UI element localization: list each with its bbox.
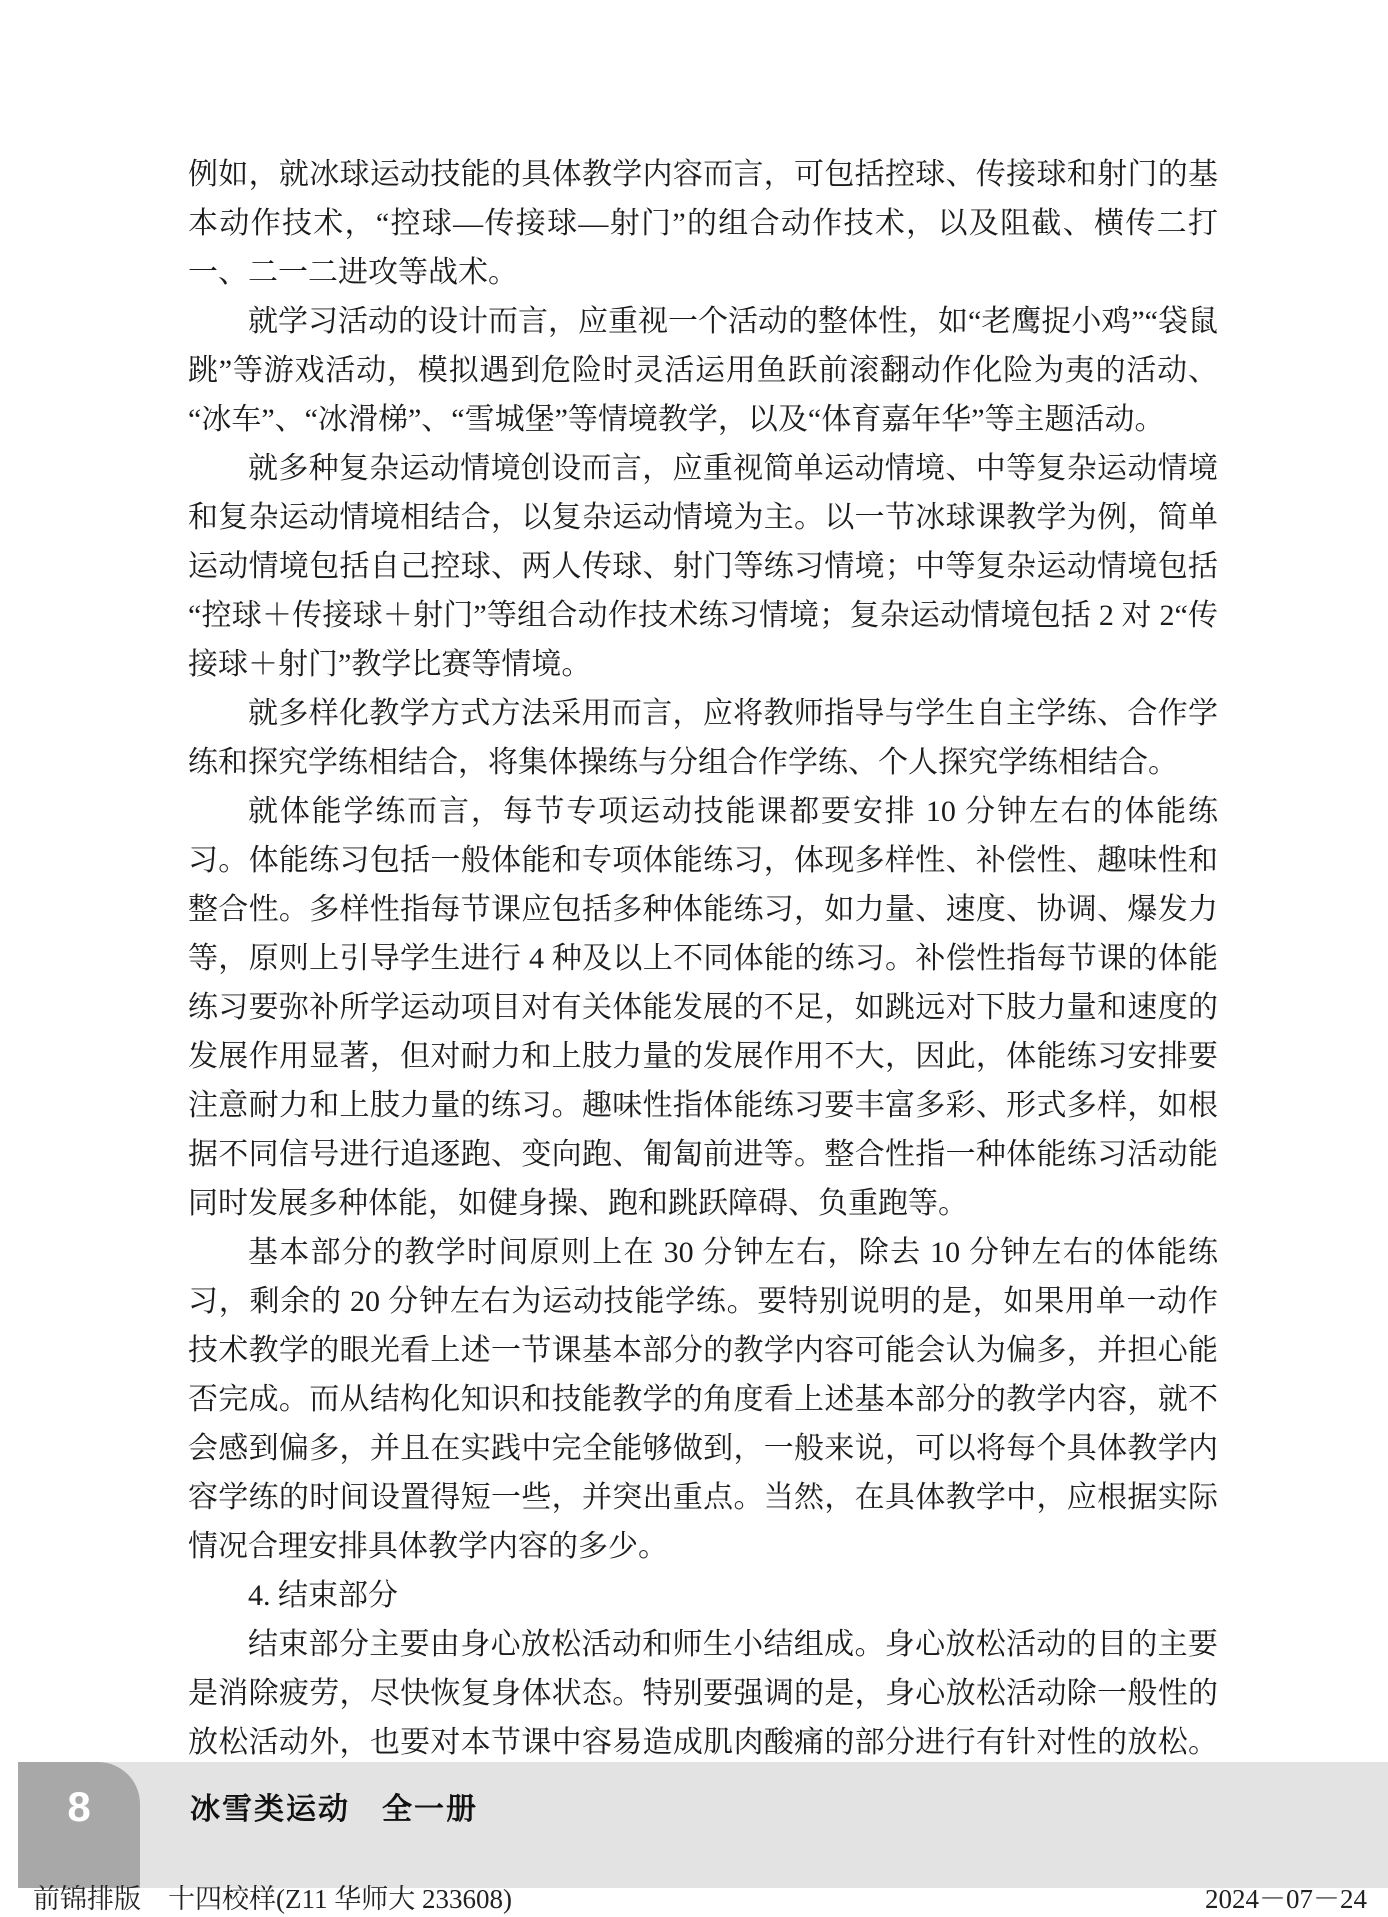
body-paragraph: 基本部分的教学时间原则上在 30 分钟左右，除去 10 分钟左右的体能练习，剩余… [188,1228,1218,1571]
section-heading: 4. 结束部分 [188,1571,1218,1620]
body-paragraph: 就学习活动的设计而言，应重视一个活动的整体性，如“老鹰捉小鸡”“袋鼠跳”等游戏活… [188,297,1218,444]
body-paragraph: 例如，就冰球运动技能的具体教学内容而言，可包括控球、传接球和射门的基本动作技术，… [188,150,1218,297]
body-paragraph: 就多种复杂运动情境创设而言，应重视简单运动情境、中等复杂运动情境和复杂运动情境相… [188,444,1218,689]
body-paragraph: 就体能学练而言，每节专项运动技能课都要安排 10 分钟左右的体能练习。体能练习包… [188,787,1218,1228]
book-page: 例如，就冰球运动技能的具体教学内容而言，可包括控球、传接球和射门的基本动作技术，… [0,0,1388,1917]
proof-date: 2024－07－24 [1205,1884,1367,1914]
book-title: 冰雪类运动 全一册 [190,1795,478,1825]
proof-line: 前锦排版 十四校样(Z11 华师大 233608) 2024－07－24 [33,1884,1367,1914]
proof-info: 前锦排版 十四校样(Z11 华师大 233608) [33,1884,512,1914]
page-number: 8 [67,1786,90,1828]
footer-band: 8 冰雪类运动 全一册 [18,1762,1388,1888]
page-number-block: 8 [18,1762,140,1888]
page-body-text: 例如，就冰球运动技能的具体教学内容而言，可包括控球、传接球和射门的基本动作技术，… [188,150,1218,1865]
body-paragraph: 就多样化教学方式方法采用而言，应将教师指导与学生自主学练、合作学练和探究学练相结… [188,689,1218,787]
